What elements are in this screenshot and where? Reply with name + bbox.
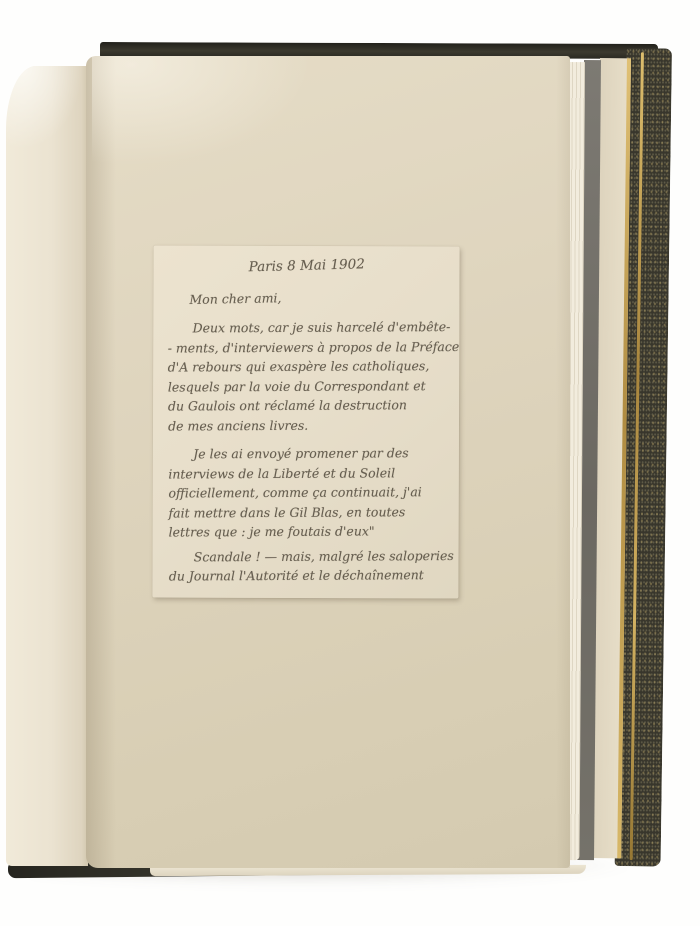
- letter-line: interviews de la Liberté et du Soleil: [168, 463, 447, 484]
- letter-dateline: Paris 8 Mai 1902: [167, 253, 446, 280]
- left-page: [6, 66, 88, 866]
- letter-handwriting: Paris 8 Mai 1902 Mon cher ami, Deux mots…: [167, 244, 448, 586]
- letter-salutation: Mon cher ami,: [167, 285, 446, 310]
- page-corner-highlight: [92, 56, 312, 166]
- letter-line: - ments, d'interviewers à propos de la P…: [168, 337, 447, 358]
- letter-line: Je les ai envoyé promener par des: [168, 443, 447, 464]
- letter-line: du Gaulois ont réclamé la destruction: [168, 395, 447, 416]
- letter-line: d'A rebours qui exaspère les catholiques…: [168, 356, 447, 377]
- letter-line: de mes anciens livres.: [168, 415, 447, 436]
- letter-paragraph: Deux mots, car je suis harcelé d'embête-…: [168, 317, 448, 435]
- letter-paragraph: Scandale ! — mais, malgré les saloperies…: [169, 546, 448, 586]
- manuscript-letter: Paris 8 Mai 1902 Mon cher ami, Deux mots…: [152, 245, 459, 598]
- page-curl-highlight: [6, 66, 88, 156]
- gutter-shadow: [86, 56, 116, 868]
- letter-line: du Journal l'Autorité et le déchaînement: [169, 565, 448, 586]
- letter-line: Scandale ! — mais, malgré les saloperies: [169, 546, 448, 567]
- photo-of-open-book: Paris 8 Mai 1902 Mon cher ami, Deux mots…: [0, 0, 700, 926]
- letter-line: lettres que : je me foutais d'eux": [169, 521, 448, 542]
- letter-line: fait mettre dans le Gil Blas, en toutes: [168, 502, 447, 523]
- page-edge-shadow: [556, 56, 570, 868]
- letter-line: lesquels par la voie du Correspondant et: [168, 376, 447, 397]
- letter-line: officiellement, comme ça continuait, j'a…: [168, 482, 447, 503]
- letter-paragraph: Je les ai envoyé promener par des interv…: [168, 443, 448, 542]
- gilt-fillet-line: [630, 52, 644, 860]
- letter-line: Deux mots, car je suis harcelé d'embête-: [168, 317, 447, 338]
